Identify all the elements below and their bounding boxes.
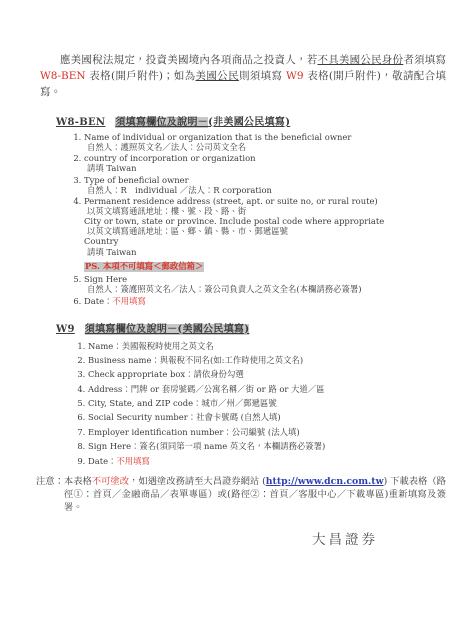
list-item: Employer identification number：公司編號 (法人填… bbox=[88, 427, 446, 438]
w8ben-item3-zh: 自然人：R individual ／法人：R corporation bbox=[84, 186, 446, 196]
list-item: Type of beneficial owner 自然人：R individua… bbox=[84, 176, 446, 196]
intro-text: 則須填寫 bbox=[239, 70, 286, 82]
w9-instruction-list: Name：美國報稅時使用之英文名 Business name：與報稅不同名(如:… bbox=[40, 341, 446, 467]
w8ben-item6-no-fill-red: 不用填寫 bbox=[112, 296, 146, 306]
w8ben-item2-zh: 請填 Taiwan bbox=[84, 164, 446, 174]
w8ben-item5-zh: 自然人：簽護照英文名／法人：簽公司負責人之英文全名(本欄請務必簽署) bbox=[84, 285, 446, 295]
list-item: Check appropriate box：請依身份勾選 bbox=[88, 369, 446, 380]
w9-section-title: W9須填寫欄位及說明－(美國公民填寫) bbox=[56, 320, 446, 335]
intro-text: 應美國稅法規定，投資美國境內各項商品之投資人，若 bbox=[60, 54, 318, 66]
w9-item2: Business name：與報稅不同名(如:工作時使用之英文名) bbox=[88, 355, 303, 365]
w8ben-code: W8-BEN bbox=[56, 117, 105, 128]
w8ben-item4-fill-taiwan: 請填 Taiwan bbox=[84, 248, 446, 258]
intro-w9-red: W9 bbox=[286, 70, 303, 82]
list-item: Date：不用填寫 bbox=[84, 297, 446, 307]
w9-item8: Sign Here：簽名(須同第一項 name 英文名，本欄請務必簽署) bbox=[88, 441, 325, 451]
list-item: country of incorporation or organization… bbox=[84, 154, 446, 174]
intro-w8ben-red: W8-BEN bbox=[40, 70, 86, 82]
notice-text: 本表格 bbox=[64, 476, 92, 487]
w9-item9-date-label: Date： bbox=[88, 456, 116, 466]
intro-text: 者須填寫 bbox=[403, 54, 446, 66]
w9-title-paren: (美國公民填寫) bbox=[178, 324, 250, 335]
w8ben-section-title: W8-BEN須填寫欄位及說明－(非美國公民填寫) bbox=[56, 113, 446, 128]
w8ben-item4-country-label: Country bbox=[84, 237, 446, 247]
w8ben-title-highlight: 須填寫欄位及說明－ bbox=[115, 117, 208, 128]
dcn-website-link[interactable]: http://www.dcn.com.tw bbox=[266, 476, 384, 487]
list-item: Name of individual or organization that … bbox=[84, 133, 446, 153]
intro-text: 表格(開戶附件)；如為 bbox=[86, 70, 196, 82]
w9-item3: Check appropriate box：請依身份勾選 bbox=[88, 369, 244, 379]
list-item: Permanent residence address (street, apt… bbox=[84, 197, 446, 274]
intro-underline-non-us-citizen: 不具美國公民身份 bbox=[317, 54, 403, 66]
list-item: Sign Here 自然人：簽護照英文名／法人：簽公司負責人之英文全名(本欄請務… bbox=[84, 275, 446, 295]
list-item: Social Security number：社會卡號碼 (自然人填) bbox=[88, 412, 446, 423]
company-name: 大昌證券 bbox=[312, 528, 446, 548]
w8ben-item4-ps-warning: PS. 本項不可填寫＜郵政信箱＞ bbox=[84, 262, 204, 272]
list-item: Name：美國報稅時使用之英文名 bbox=[88, 341, 446, 352]
w8ben-item1-zh: 自然人：護照英文名／法人：公司英文全名 bbox=[84, 143, 446, 153]
list-item: Business name：與報稅不同名(如:工作時使用之英文名) bbox=[88, 355, 446, 366]
w9-item4: Address：門牌 or 套房號碼／公寓名稱／街 or 路 or 大道／區 bbox=[88, 384, 325, 394]
list-item: Date：不用填寫 bbox=[88, 456, 446, 467]
w8ben-title-paren: (非美國公民填寫) bbox=[208, 117, 290, 128]
notice-no-alteration-red: 不可塗改 bbox=[92, 476, 129, 487]
w9-code: W9 bbox=[56, 324, 75, 335]
list-item: Address：門牌 or 套房號碼／公寓名稱／街 or 路 or 大道／區 bbox=[88, 384, 446, 395]
intro-underline-us-citizen: 美國公民 bbox=[196, 70, 239, 82]
document-page: 應美國稅法規定，投資美國境內各項商品之投資人，若不具美國公民身份者須填寫 W8-… bbox=[0, 0, 474, 630]
w9-item1: Name：美國報稅時使用之英文名 bbox=[88, 341, 214, 351]
w9-item6: Social Security number：社會卡號碼 (自然人填) bbox=[88, 412, 281, 422]
w8ben-item2-en: country of incorporation or organization bbox=[84, 154, 446, 164]
w8ben-instruction-list: Name of individual or organization that … bbox=[40, 133, 446, 307]
notice-body: 本表格不可塗改，如遇塗改務請至大昌證券網站 (http://www.dcn.co… bbox=[64, 475, 446, 514]
w9-item9-no-fill-red: 不用填寫 bbox=[116, 456, 150, 466]
w9-item5: City, State, and ZIP code：城市／州／郵遞區號 bbox=[88, 398, 277, 408]
intro-paragraph: 應美國稅法規定，投資美國境內各項商品之投資人，若不具美國公民身份者須填寫 W8-… bbox=[40, 52, 446, 100]
list-item: City, State, and ZIP code：城市／州／郵遞區號 bbox=[88, 398, 446, 409]
list-item: Sign Here：簽名(須同第一項 name 英文名，本欄請務必簽署) bbox=[88, 441, 446, 452]
w8ben-item4-line4: 以英文填寫通訊地址：區、鄉、鎮、縣、市、郵遞區號 bbox=[84, 227, 446, 237]
w8ben-item6-date-label: Date： bbox=[84, 296, 112, 306]
w9-title-highlight: 須填寫欄位及說明－ bbox=[85, 324, 178, 335]
notice-block: 注意： 本表格不可塗改，如遇塗改務請至大昌證券網站 (http://www.dc… bbox=[36, 475, 446, 514]
notice-text: ，如遇塗改務請至大昌證券網站 ( bbox=[129, 476, 266, 487]
w9-item7: Employer identification number：公司編號 (法人填… bbox=[88, 427, 300, 437]
notice-label: 注意： bbox=[36, 475, 64, 514]
